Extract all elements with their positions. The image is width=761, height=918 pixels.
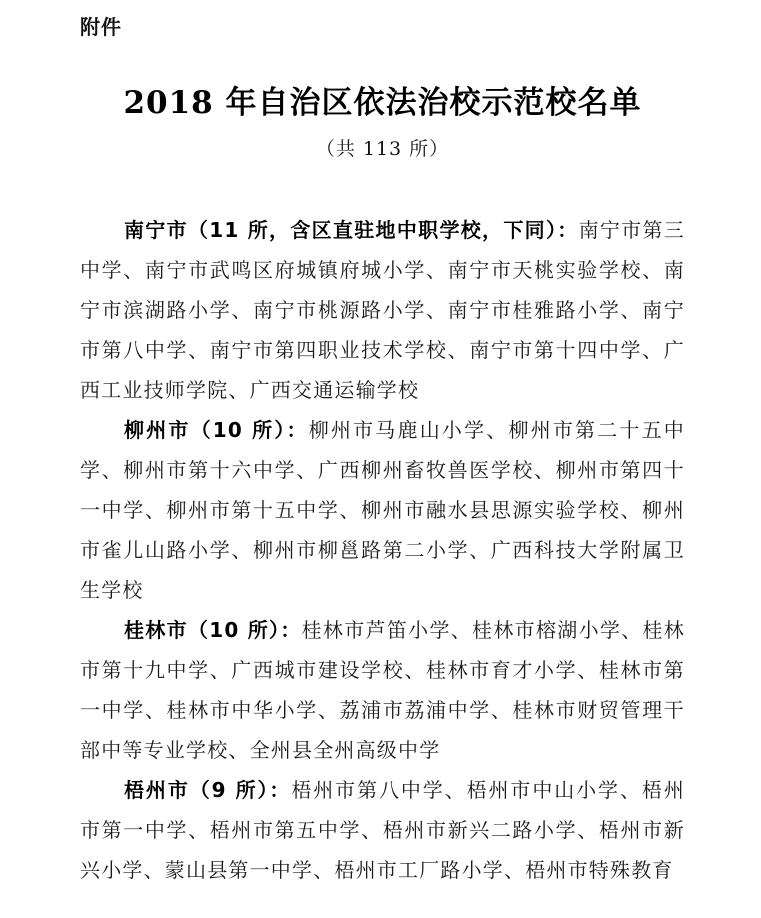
city-header-nanning: 南宁市（11 所，含区直驻地中职学校，下同）： [124, 218, 579, 242]
city-header-wuzhou: 梧州市（9 所）： [124, 778, 291, 802]
city-header-guilin: 桂林市（10 所）： [124, 618, 302, 642]
city-section-wuzhou: 梧州市（9 所）：梧州市第八中学、梧州市中山小学、梧州市第一中学、梧州市第五中学… [80, 770, 685, 890]
document-page: 附件 2018 年自治区依法治校示范校名单 （共 113 所） 南宁市（11 所… [0, 0, 761, 918]
school-list-liuzhou: 柳州市马鹿山小学、柳州市第二十五中学、柳州市第十六中学、广西柳州畜牧兽医学校、柳… [80, 418, 685, 602]
city-header-liuzhou: 柳州市（10 所）： [124, 418, 309, 442]
attachment-label: 附件 [80, 14, 685, 40]
city-section-liuzhou: 柳州市（10 所）：柳州市马鹿山小学、柳州市第二十五中学、柳州市第十六中学、广西… [80, 410, 685, 610]
document-title: 2018 年自治区依法治校示范校名单 [80, 84, 685, 122]
city-section-nanning: 南宁市（11 所，含区直驻地中职学校，下同）：南宁市第三中学、南宁市武鸣区府城镇… [80, 210, 685, 410]
city-section-guilin: 桂林市（10 所）：桂林市芦笛小学、桂林市榕湖小学、桂林市第十九中学、广西城市建… [80, 610, 685, 770]
school-list-nanning: 南宁市第三中学、南宁市武鸣区府城镇府城小学、南宁市天桃实验学校、南宁市滨湖路小学… [80, 218, 685, 402]
school-list-body: 南宁市（11 所，含区直驻地中职学校，下同）：南宁市第三中学、南宁市武鸣区府城镇… [80, 210, 685, 890]
document-subtitle: （共 113 所） [80, 136, 685, 162]
